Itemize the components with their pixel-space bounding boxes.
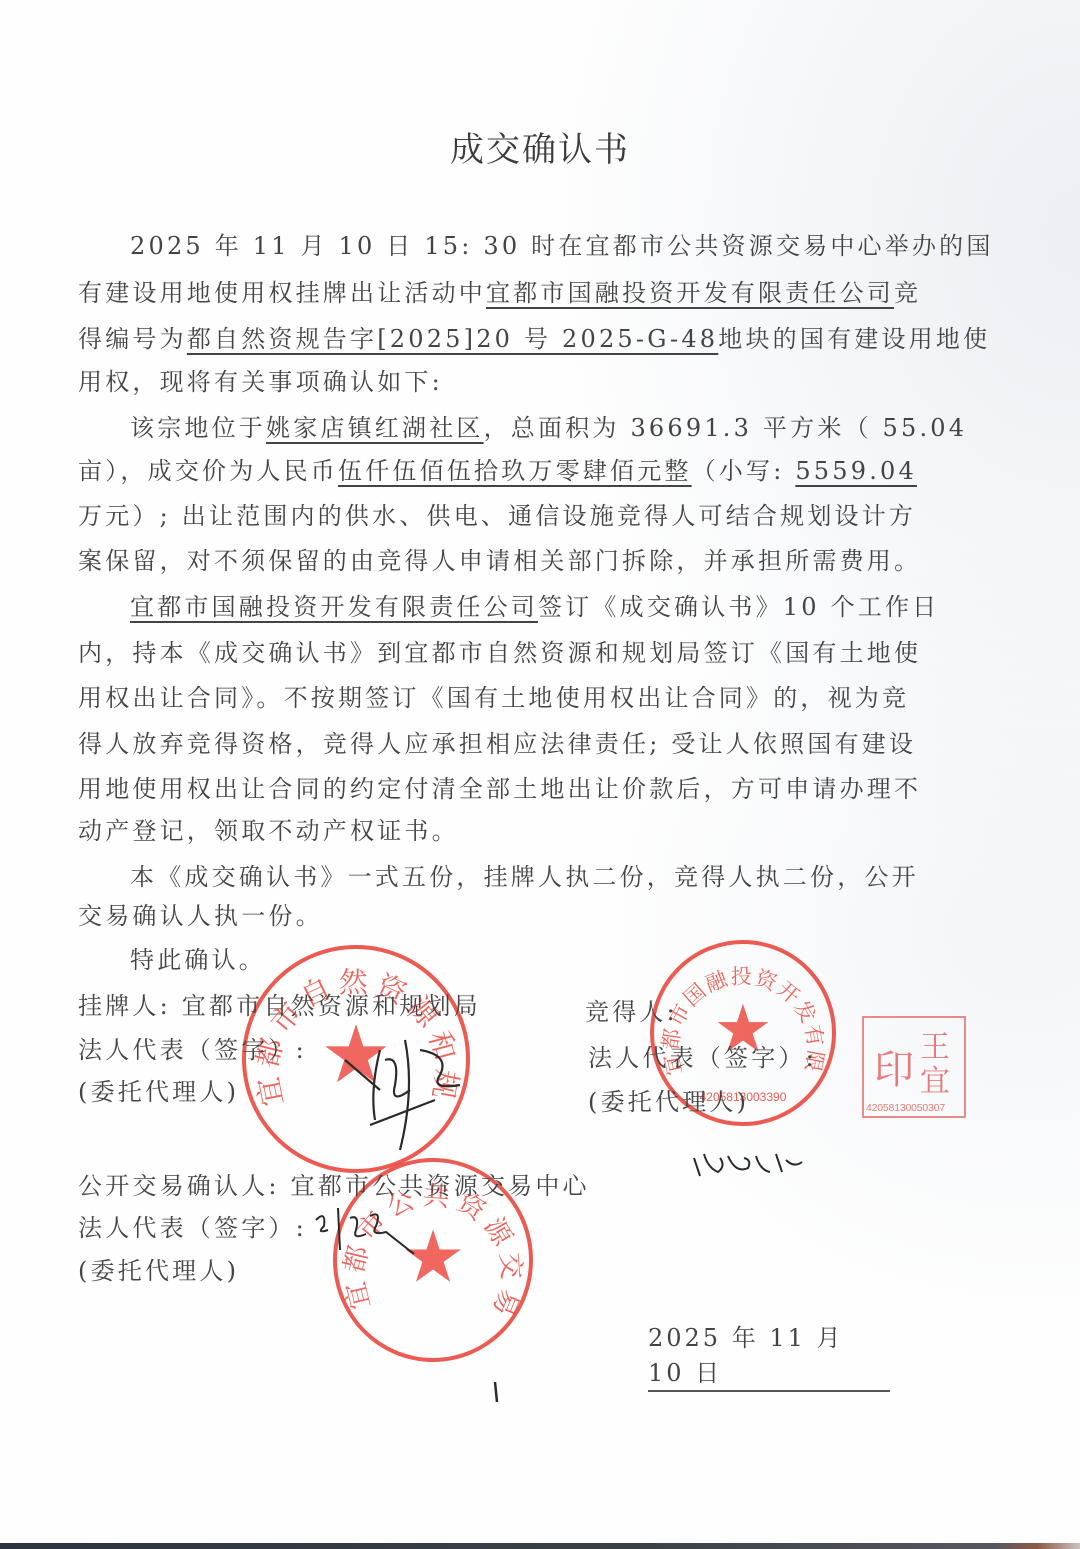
text: 签订《成交确认书》10 个工作日 (538, 593, 939, 621)
lister-handwritten-signature (340, 1030, 480, 1160)
text: 有建设用地使用权挂牌出让活动中 (78, 279, 486, 307)
text: ，总面积为 36691.3 平方米（ 55.04 (484, 414, 968, 442)
parcel-number: 都自然资规告字[2025]20 号 2025-G-48 (187, 325, 718, 353)
paragraph-1-line-4: 用权，现将有关事项确认如下: (78, 366, 948, 398)
scan-edge (0, 1543, 1080, 1549)
ink-mark (490, 1380, 502, 1406)
paragraph-1-line-2: 有建设用地使用权挂牌出让活动中宜都市国融投资开发有限责任公司竞 (78, 277, 948, 309)
winner-label: 竞得人: (585, 996, 985, 1028)
paragraph-1-line-3: 得编号为都自然资规告字[2025]20 号 2025-G-48地块的国有建设用地… (78, 323, 948, 355)
paragraph-1-line-1: 2025 年 11 月 10 日 15: 30 时在宜都市公共资源交易中心举办的… (130, 230, 948, 262)
paragraph-3-line-1: 宜都市国融投资开发有限责任公司签订《成交确认书》10 个工作日 (130, 591, 948, 623)
confirmer-agent-label: (委托代理人) (78, 1255, 948, 1287)
paragraph-2-line-4: 案保留，对不须保留的由竞得人申请相关部门拆除，并承担所需费用。 (78, 545, 948, 577)
document-title: 成交确认书 (0, 122, 1080, 171)
confirmer-rep-signature-label: 法人代表（签字）: (78, 1212, 948, 1244)
text: 地块的国有建设用地使 (718, 325, 990, 353)
paragraph-2-line-2: 亩），成交价为人民币伍仟伍佰伍拾玖万零肆佰元整（小写: 5559.04 (78, 455, 948, 487)
paragraph-3-line-5: 用地使用权出让合同的约定付清全部土地出让价款后，方可申请办理不 (78, 773, 948, 805)
winner-agent-label: (委托代理人) (588, 1086, 988, 1118)
text: 竞 (894, 279, 921, 307)
price-in-words: 伍仟伍佰伍拾玖万零肆佰元整 (338, 457, 692, 485)
paragraph-2-line-1: 该宗地位于姚家店镇红湖社区，总面积为 36691.3 平方米（ 55.04 (130, 412, 948, 444)
paragraph-3-line-2: 内，持本《成交确认书》到宜都市自然资源和规划局签订《国有土地使 (78, 637, 948, 669)
paragraph-3-line-3: 用权出让合同》。不按期签订《国有土地使用权出让合同》的，视为竞 (78, 682, 948, 714)
text: 得编号为 (78, 325, 187, 353)
paragraph-4-line-1: 本《成交确认书》一式五份，挂牌人执二份，竞得人执二份，公开 (130, 861, 948, 893)
paragraph-3-line-6: 动产登记，领取不动产权证书。 (78, 815, 948, 847)
winner-company-name: 宜都市国融投资开发有限责任公司 (486, 279, 894, 307)
confirmer-label: 公开交易确认人: 宜都市公共资源交易中心 (78, 1170, 948, 1202)
winner-handwritten-signature (690, 1148, 810, 1184)
parcel-location: 姚家店镇红湖社区 (266, 414, 484, 442)
winner-rep-signature-label: 法人代表（签字）: (588, 1042, 988, 1074)
text: 该宗地位于 (130, 414, 266, 442)
paragraph-2-line-3: 万元）; 出让范围内的供水、供电、通信设施竞得人可结合规划设计方 (78, 500, 948, 532)
text: 亩），成交价为人民币 (78, 457, 338, 485)
confirmer-handwritten-signature (310, 1200, 430, 1260)
document-page: 成交确认书 2025 年 11 月 10 日 15: 30 时在宜都市公共资源交… (0, 0, 1080, 1549)
text: （小写: (692, 457, 796, 485)
price-in-figures: 5559.04 (795, 457, 917, 485)
paragraph-3-line-4: 得人放弃竞得资格，竞得人应承担相应法律责任; 受让人依照国有建设 (78, 728, 948, 760)
document-date: 2025 年 11 月 10 日 (648, 1318, 890, 1392)
winner-company-name: 宜都市国融投资开发有限责任公司 (130, 593, 538, 621)
paragraph-4-line-2: 交易确认人执一份。 (78, 900, 948, 932)
